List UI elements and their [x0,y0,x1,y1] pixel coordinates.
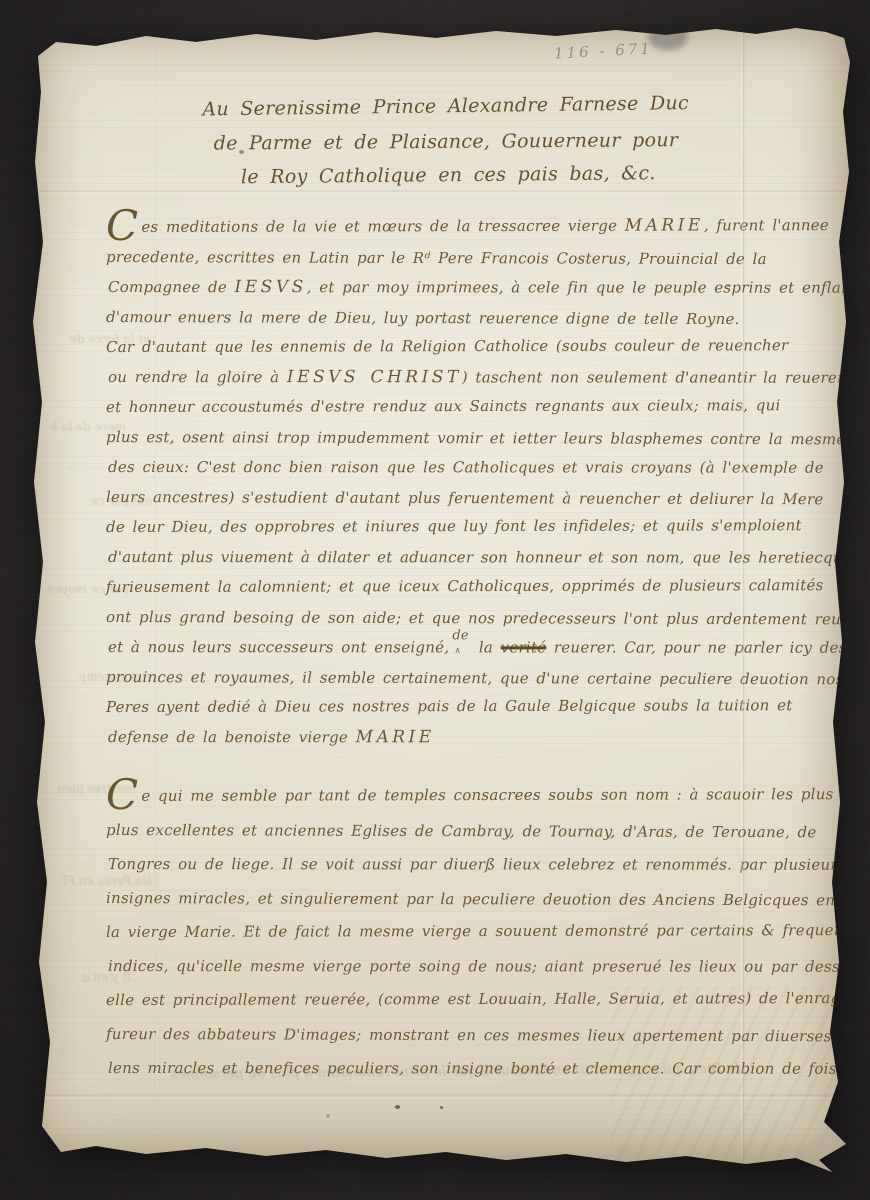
line-text: defense de la benoiste vierge [108,728,356,746]
manuscript-line: plus excellentes et anciennes Eglises de… [106,813,842,849]
manuscript-line: insignes miracles, et singulierement par… [106,881,842,917]
paragraph-1: Ces meditations de la vie et mœurs de la… [106,212,842,752]
manuscript-line: Ces meditations de la vie et mœurs de la… [106,210,842,242]
manuscript-paper-wrap: et la force de mere de la b ont par ce p… [26,22,856,1172]
foxing-spot [726,284,730,287]
emphasized-name: IESVS CHRIST [287,367,462,387]
manuscript-line: la vierge Marie. Et de faict la mesme vi… [106,913,842,949]
manuscript-line: d'autant plus viuement à dilater et adua… [108,542,844,573]
struck-word: verité [501,638,547,656]
torn-corner [778,1114,842,1172]
line-text: ) taschent non seulement d'aneantir la r… [462,368,856,386]
manuscript-line: Tongres ou de liege. Il se voit aussi pa… [108,847,844,882]
manuscript-line: precedente, escrittes en Latin par le Rᵈ… [106,242,842,274]
ink-speck [395,1105,400,1109]
horizontal-fold-crease [26,1094,856,1099]
title-line: de Parme et de Plaisance, Gouuerneur pou… [176,123,716,161]
manuscript-line: Peres ayent dedié à Dieu ces nostres pai… [106,690,842,722]
line-text: Compagnee de [108,278,235,296]
manuscript-line: fureur des abbateurs D'images; monstrant… [106,1017,842,1053]
line-text: ou rendre la gloire à [108,368,287,386]
manuscript-line: plus est, osent ainsi trop impudemment v… [106,422,842,454]
manuscript-line: des cieux: C'est donc bien raison que le… [108,452,844,483]
title-line: Au Serenissime Prince Alexandre Farnese … [175,86,715,127]
line-text: , et par moy imprimees, à cele fin que l… [307,278,856,296]
foxing-spot [239,150,244,154]
manuscript-line: lens miracles et benefices peculiers, so… [108,1051,844,1086]
manuscript-line: Car d'autant que les ennemis de la Relig… [106,330,842,362]
pencil-annotation: 116 - 671 [554,39,654,62]
manuscript-line-with-correction: et à nous leurs successeurs ont enseigné… [108,632,844,663]
line-text: reuerer. Car, pour ne parler icy des aut… [546,638,856,656]
manuscript-line: ou rendre la gloire à IESVS CHRIST) tasc… [108,362,844,393]
line-text: , furent l'annee [704,216,829,234]
manuscript-line: defense de la benoiste vierge MARIE [108,722,844,753]
line-text: es meditations de la vie et mœurs de la … [141,217,624,236]
caret-mark: ∧ [454,636,461,666]
emphasized-name: MARIE [625,215,704,235]
line-text: et à nous leurs successeurs ont enseigné… [108,638,449,656]
manuscript-line: de leur Dieu, des opprobres et iniures q… [106,510,842,542]
title-line: le Roy Catholique en ces pais bas, &c. [178,156,718,195]
grey-stain [648,24,688,50]
manuscript-line: furieusement la calomnient; et que iceux… [106,570,842,602]
paragraph-2: Ce qui me semble par tant de temples con… [106,779,842,1085]
dedication-title: Au Serenissime Prince Alexandre Farnese … [175,87,716,195]
manuscript-line: et honneur accoustumés d'estre renduz au… [106,390,842,422]
manuscript-line: elle est principallement reuerée, (comme… [106,981,842,1017]
manuscript-line: Compagnee de IESVS, et par moy imprimees… [108,272,844,303]
foxing-spot [326,1114,330,1118]
emphasized-name: MARIE [356,727,435,747]
ink-speck [440,1106,443,1109]
manuscript-paper: et la force de mere de la b ont par ce p… [26,22,856,1172]
manuscript-line: indices, qu'icelle mesme vierge porte so… [108,949,844,984]
manuscript-line: Ce qui me semble par tant de temples con… [106,777,842,813]
interlinear-insertion: de∧ [449,637,471,652]
line-text: e qui me semble par tant de temples cons… [141,785,856,805]
emphasized-name: IESVS [235,277,307,297]
manuscript-line: ont plus grand besoing de son aide; et q… [106,602,842,634]
line-text: la [471,638,500,656]
